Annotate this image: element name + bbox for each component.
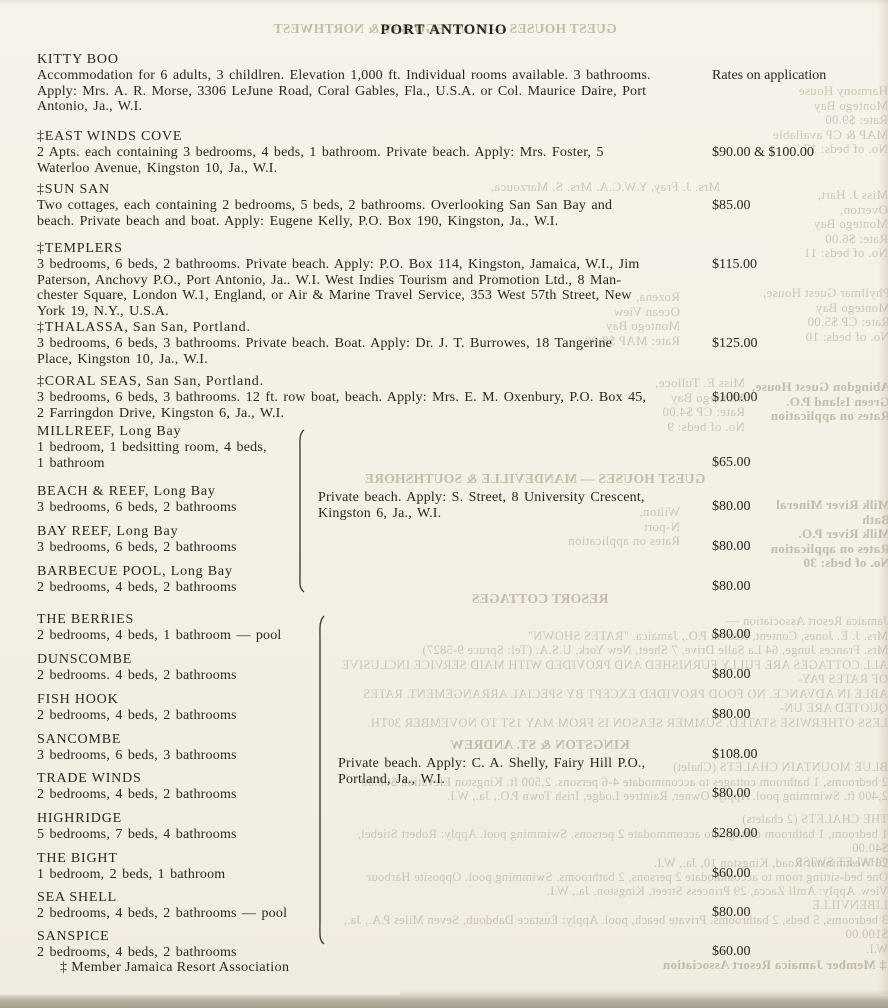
listing-details: 3 bedrooms, 6 beds, 2 bathrooms	[37, 540, 712, 556]
listing-rate: $60.00	[712, 866, 751, 882]
listing-the-berries: THE BERRIES 2 bedrooms, 4 beds, 1 bathro…	[37, 612, 751, 644]
listing-dunscombe: DUNSCOMBE 2 bedrooms. 4 beds, 2 bathroom…	[37, 652, 751, 684]
listing-rate: $100.00	[712, 374, 758, 406]
listing-details: 5 bedrooms, 7 beds, 4 bathrooms	[37, 827, 712, 843]
listing-details: 2 bedrooms, 4 beds, 2 bathrooms	[37, 787, 712, 803]
listing-details: 2 bedrooms. 4 beds, 2 bathrooms	[37, 668, 712, 684]
listing-rate: $80.00	[712, 499, 751, 515]
listing-details: Accommodation for 6 adults, 3 childlren.…	[37, 68, 712, 115]
listing-templers: ‡TEMPLERS 3 bedrooms, 6 beds, 2 bathroom…	[37, 241, 757, 319]
listing-fish-hook: FISH HOOK 2 bedrooms, 4 beds, 2 bathroom…	[37, 692, 751, 724]
listing-sea-shell: SEA SHELL 2 bedrooms, 4 beds, 2 bathroom…	[37, 890, 751, 922]
listing-rate: $80.00	[712, 786, 751, 802]
listing-name: SANCOMBE	[37, 732, 712, 748]
listing-name: ‡CORAL SEAS, San San, Portland.	[37, 374, 712, 390]
listing-rate: $65.00	[712, 455, 751, 471]
fairy-hill-group-bracket	[314, 614, 328, 946]
listing-details: 2 bedrooms, 4 beds, 2 bathrooms	[37, 945, 712, 961]
listing-details: 2 bedrooms, 4 beds, 2 bathrooms	[37, 708, 712, 724]
listing-highridge: HIGHRIDGE 5 bedrooms, 7 beds, 4 bathroom…	[37, 811, 758, 843]
listing-rate: $80.00	[712, 905, 751, 921]
listing-rate: $115.00	[712, 241, 757, 273]
listing-name: BAY REEF, Long Bay	[37, 524, 712, 540]
long-bay-group-bracket	[294, 428, 308, 594]
listing-name: THE BIGHT	[37, 851, 712, 867]
listing-name: ‡EAST WINDS COVE	[37, 129, 712, 145]
listing-name: ‡SUN SAN	[37, 182, 712, 198]
listing-name: ‡THALASSA, San San, Portland.	[37, 320, 712, 336]
listing-rate: $280.00	[712, 826, 758, 842]
listing-name: SEA SHELL	[37, 890, 712, 906]
listing-rate: $90.00 & $100.00	[712, 129, 814, 161]
listing-rate: $60.00	[712, 944, 751, 960]
member-association-footnote: ‡ Member Jamaica Resort Association	[60, 960, 289, 976]
listing-bay-reef: BAY REEF, Long Bay 3 bedrooms, 6 beds, 2…	[37, 524, 751, 556]
listing-details: Two cottages, each containing 2 bedrooms…	[37, 198, 712, 229]
listing-rate: Rates on application	[712, 52, 826, 84]
listing-name: SANSPICE	[37, 929, 712, 945]
listing-rate: $80.00	[712, 667, 751, 683]
listing-name: ‡TEMPLERS	[37, 241, 712, 257]
listing-details: 2 bedrooms, 4 beds, 1 bathroom — pool	[37, 628, 712, 644]
listing-kitty-boo: KITTY BOO Accommodation for 6 adults, 3 …	[37, 52, 826, 115]
listing-details: 1 bedroom, 2 beds, 1 bathroom	[37, 867, 712, 883]
listing-rate: $85.00	[712, 182, 751, 214]
listing-details: 1 bedroom, 1 bedsitting room, 4 beds, 1 …	[37, 440, 712, 471]
listing-name: MILLREEF, Long Bay	[37, 424, 712, 440]
fairy-hill-group-note: Private beach. Apply: C. A. Shelly, Fair…	[338, 756, 708, 788]
listing-sanspice: SANSPICE 2 bedrooms, 4 beds, 2 bathrooms…	[37, 929, 751, 961]
listing-millreef: MILLREEF, Long Bay 1 bedroom, 1 bedsitti…	[37, 424, 751, 471]
listing-name: THE BERRIES	[37, 612, 712, 628]
listing-rate: $108.00	[712, 747, 758, 763]
listing-name: KITTY BOO	[37, 52, 712, 68]
page-content: PORT ANTONIO KITTY BOO Accommodation for…	[0, 0, 888, 1008]
scanned-brochure-page: GUEST HOUSES — MONTEGO BAY & NORTHWESTHa…	[0, 0, 888, 1008]
listing-rate: $80.00	[712, 707, 751, 723]
listing-details: 2 bedrooms, 4 beds, 2 bathrooms	[37, 580, 712, 596]
listing-barbecue-pool: BARBECUE POOL, Long Bay 2 bedrooms, 4 be…	[37, 564, 751, 596]
listing-rate: $125.00	[712, 320, 758, 352]
listing-details: 3 bedrooms, 6 beds, 3 bathrooms. 12 ft. …	[37, 390, 712, 421]
long-bay-group-note: Private beach. Apply: S. Street, 8 Unive…	[318, 490, 688, 522]
listing-details: 2 bedrooms, 4 beds, 2 bathrooms — pool	[37, 906, 712, 922]
listing-rate: $80.00	[712, 627, 751, 643]
listing-name: HIGHRIDGE	[37, 811, 712, 827]
listing-east-winds-cove: ‡EAST WINDS COVE 2 Apts. each containing…	[37, 129, 814, 176]
listing-details: 3 bedrooms, 6 beds, 2 bathrooms. Private…	[37, 257, 712, 319]
listing-coral-seas: ‡CORAL SEAS, San San, Portland. 3 bedroo…	[37, 374, 758, 421]
listing-name: BARBECUE POOL, Long Bay	[37, 564, 712, 580]
listing-details: 3 bedrooms, 6 beds, 3 bathrooms. Private…	[37, 336, 712, 367]
listing-thalassa: ‡THALASSA, San San, Portland. 3 bedrooms…	[37, 320, 758, 367]
listing-name: FISH HOOK	[37, 692, 712, 708]
listing-the-bight: THE BIGHT 1 bedroom, 2 beds, 1 bathroom …	[37, 851, 751, 883]
listing-rate: $80.00	[712, 579, 751, 595]
listing-name: DUNSCOMBE	[37, 652, 712, 668]
listing-details: 2 Apts. each containing 3 bedrooms, 4 be…	[37, 145, 712, 176]
listing-sun-san: ‡SUN SAN Two cottages, each containing 2…	[37, 182, 751, 229]
listing-rate: $80.00	[712, 539, 751, 555]
page-title: PORT ANTONIO	[36, 22, 852, 39]
